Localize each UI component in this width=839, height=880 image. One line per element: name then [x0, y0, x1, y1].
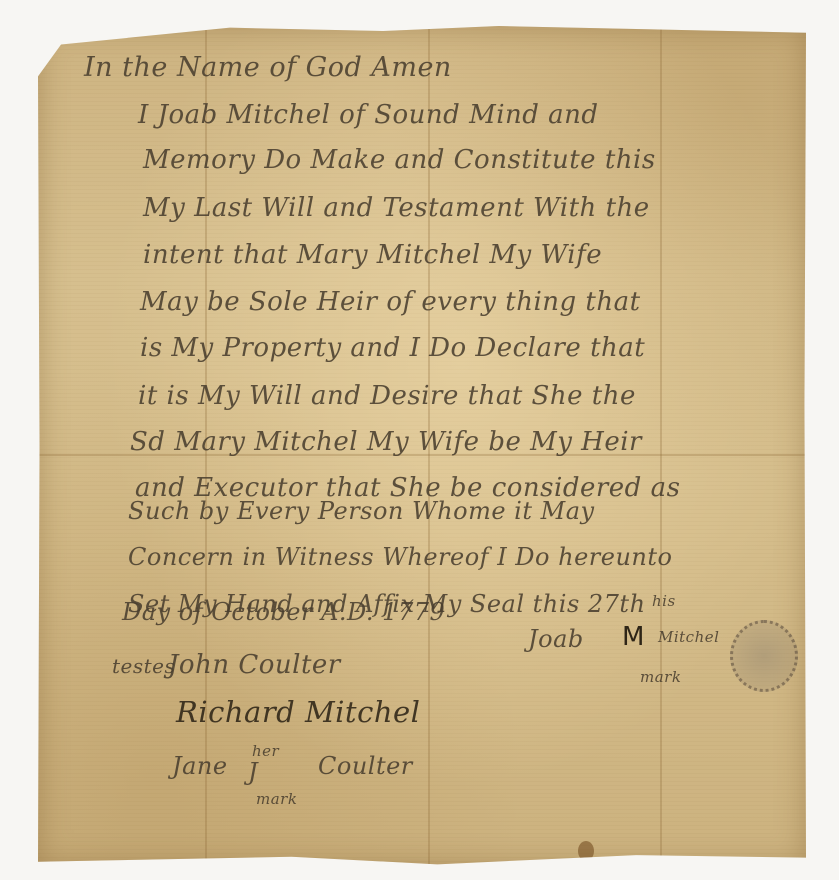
will-line: Sd Mary Mitchel My Wife be My Heir — [130, 427, 642, 457]
will-line: Such by Every Person Whome it May — [128, 497, 595, 525]
fold-line-vertical — [660, 26, 662, 866]
testator-mark-label: mark — [640, 668, 681, 686]
will-line: May be Sole Heir of every thing that — [140, 287, 641, 317]
testes-label: testes — [112, 654, 175, 678]
witness-john-coulter: John Coulter — [168, 650, 341, 680]
testator-first-name: Joab — [528, 625, 584, 653]
witness-jane-mark: J — [248, 758, 258, 786]
will-line: Day of October A.D. 1779 — [122, 598, 445, 626]
will-line: is My Property and I Do Declare that — [140, 333, 645, 363]
witness-jane-first: Jane — [172, 752, 228, 780]
will-line: I Joab Mitchel of Sound Mind and — [138, 100, 599, 130]
wax-seal-icon — [730, 620, 798, 692]
will-line: My Last Will and Testament With the — [143, 193, 650, 223]
testator-last-name: Mitchel — [658, 628, 719, 646]
will-line: it is My Will and Desire that She the — [138, 381, 636, 411]
will-line: In the Name of God Amen — [84, 52, 452, 83]
ink-stain — [578, 841, 594, 861]
will-line: intent that Mary Mitchel My Wife — [143, 240, 602, 270]
will-line: Concern in Witness Whereof I Do hereunto — [128, 543, 672, 571]
witness-jane-last: Coulter — [318, 752, 413, 780]
witness-jane-mark-label: mark — [256, 790, 297, 808]
testator-mark: M — [622, 622, 644, 652]
will-line: Memory Do Make and Constitute this — [143, 145, 656, 175]
testator-his-label: his — [652, 592, 676, 610]
witness-richard-mitchel: Richard Mitchel — [176, 695, 420, 729]
